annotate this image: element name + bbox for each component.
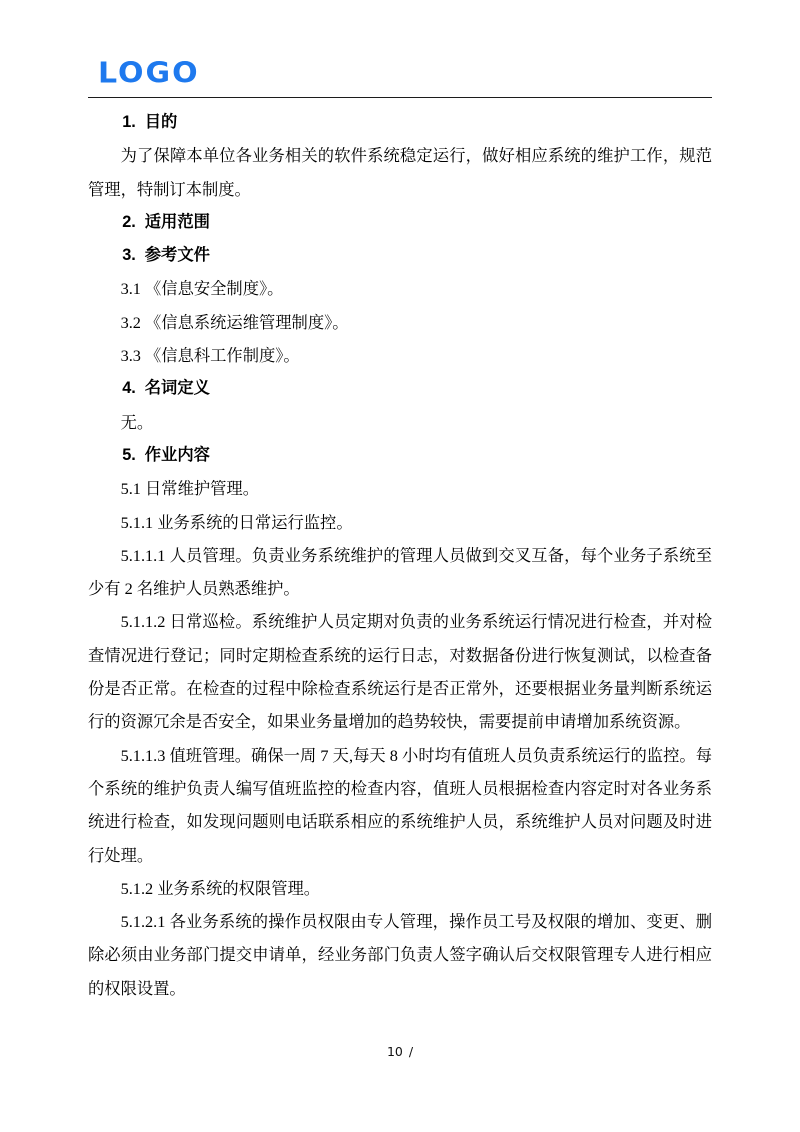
- section-heading-1: 1.目的: [88, 106, 712, 139]
- paragraph: 5.1.2 业务系统的权限管理。: [88, 872, 712, 905]
- section-heading-5: 5.作业内容: [88, 439, 712, 472]
- heading-number: 4.: [122, 379, 136, 397]
- heading-number: 2.: [122, 213, 136, 231]
- heading-number: 5.: [122, 446, 136, 464]
- paragraph: 3.1 《信息安全制度》。: [88, 272, 712, 305]
- paragraph: 5.1.1.3 值班管理。确保一周 7 天,每天 8 小时均有值班人员负责系统运…: [88, 739, 712, 872]
- page-footer: 10/: [0, 1044, 800, 1059]
- heading-title: 参考文件: [145, 246, 210, 264]
- heading-title: 名词定义: [145, 379, 210, 397]
- heading-number: 1.: [122, 113, 136, 131]
- page-number: 10: [387, 1044, 403, 1059]
- paragraph: 为了保障本单位各业务相关的软件系统稳定运行，做好相应系统的维护工作，规范管理，特…: [88, 139, 712, 206]
- paragraph: 3.2 《信息系统运维管理制度》。: [88, 306, 712, 339]
- heading-number: 3.: [122, 246, 136, 264]
- document-body: 1.目的为了保障本单位各业务相关的软件系统稳定运行，做好相应系统的维护工作，规范…: [0, 98, 800, 1005]
- section-heading-2: 2.适用范围: [88, 206, 712, 239]
- paragraph: 5.1.1.2 日常巡检。系统维护人员定期对负责的业务系统运行情况进行检查，并对…: [88, 605, 712, 738]
- paragraph: 5.1 日常维护管理。: [88, 472, 712, 505]
- paragraph: 无。: [88, 406, 712, 439]
- heading-title: 目的: [145, 113, 178, 131]
- heading-title: 适用范围: [145, 213, 210, 231]
- paragraph: 5.1.2.1 各业务系统的操作员权限由专人管理，操作员工号及权限的增加、变更、…: [88, 905, 712, 1005]
- paragraph: 3.3 《信息科工作制度》。: [88, 339, 712, 372]
- section-heading-3: 3.参考文件: [88, 239, 712, 272]
- heading-title: 作业内容: [145, 446, 210, 464]
- paragraph: 5.1.1 业务系统的日常运行监控。: [88, 506, 712, 539]
- logo: LOGO: [98, 60, 200, 89]
- document-page: LOGO 1.目的为了保障本单位各业务相关的软件系统稳定运行，做好相应系统的维护…: [0, 0, 800, 1132]
- page-header: LOGO: [0, 0, 800, 98]
- section-heading-4: 4.名词定义: [88, 372, 712, 405]
- paragraph: 5.1.1.1 人员管理。负责业务系统维护的管理人员做到交叉互备，每个业务子系统…: [88, 539, 712, 606]
- page-number-separator: /: [409, 1044, 413, 1059]
